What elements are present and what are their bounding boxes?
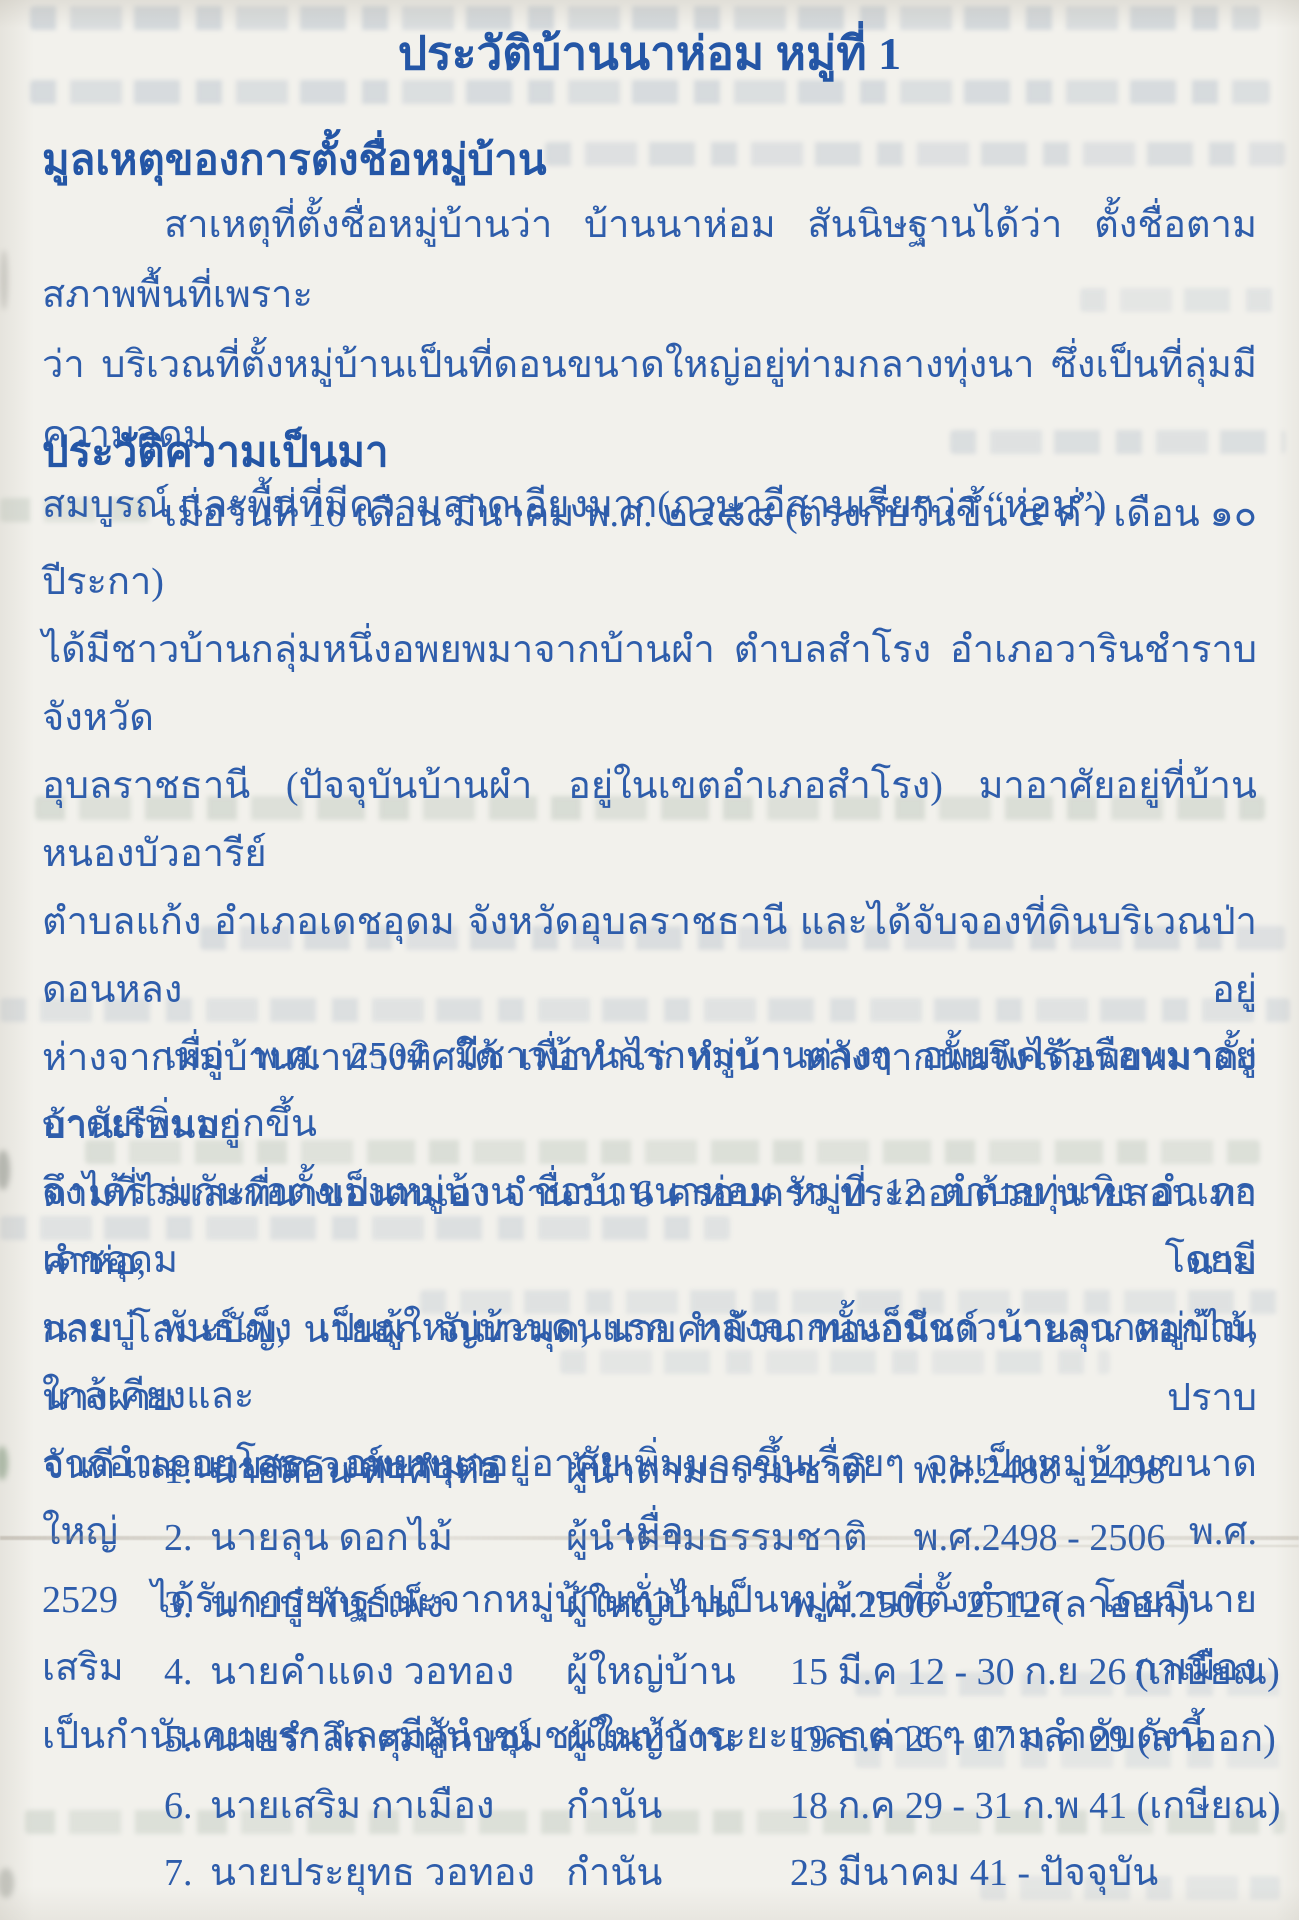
leader-row: 5. นายรำลึก ศุภลักษณ์ ผู้ใหญ่บ้าน 19 ธ.ค… — [42, 1706, 1257, 1773]
edge-smudge — [0, 250, 8, 310]
edge-smudge — [0, 1868, 14, 1898]
leader-role: ผู้ใหญ่บ้าน — [566, 1706, 744, 1773]
leaders-list: 1. นายสอน ทาคำห่อ ผู้นำตามธรรมชาติ พ.ศ.2… — [42, 1438, 1257, 1907]
leader-period: พ.ศ.2506 - 2512 (ลาออก) — [790, 1572, 1190, 1639]
leader-row: 4. นายคำแดง วอทอง ผู้ใหญ่บ้าน 15 มี.ค 12… — [42, 1639, 1257, 1706]
leader-number: 3. — [164, 1572, 210, 1639]
leader-period: 15 มี.ค 12 - 30 ก.ย 26 (เกษียณ) — [790, 1639, 1280, 1706]
leader-role: ผู้นำตามธรรมชาติ — [566, 1505, 868, 1572]
bleed-through-smudge — [545, 142, 1285, 166]
leader-period: พ.ศ.2488 - 2498 — [914, 1438, 1166, 1505]
leader-role: กำนัน — [566, 1773, 744, 1840]
leader-name: นายเสริม กาเมือง — [210, 1773, 566, 1840]
leader-row: 2. นายลุน ดอกไม้ ผู้นำตามธรรมชาติ พ.ศ.24… — [42, 1505, 1257, 1572]
leader-name: นายรำลึก ศุภลักษณ์ — [210, 1706, 566, 1773]
page-title: ประวัติบ้านนาห่อม หมู่ที่ 1 — [0, 24, 1299, 84]
paragraph-line: ตำบลแก้ง อำเภอเดชอุดม จังหวัดอุบลราชธานี… — [42, 888, 1257, 1024]
leader-name: นายลุน ดอกไม้ — [210, 1505, 566, 1572]
leader-role: ผู้นำตามธรรมชาติ — [566, 1438, 868, 1505]
leader-row: 6. นายเสริม กาเมือง กำนัน 18 ก.ค 29 - 31… — [42, 1773, 1257, 1840]
scanned-document-page: ประวัติบ้านนาห่อม หมู่ที่ 1 มูลเหตุของกา… — [0, 0, 1299, 1920]
leader-row: 7. นายประยุทธ วอทอง กำนัน 23 มีนาคม 41 -… — [42, 1840, 1257, 1907]
edge-smudge — [0, 1446, 8, 1480]
paragraph-line: เมื่อ พ.ศ. 2504 มีชาวบ้านจากหมู่บ้านต่าง… — [42, 1022, 1257, 1158]
section-heading-history: ประวัติความเป็นมา — [42, 424, 389, 482]
paragraph-line: เมื่อวันที่ 10 เดือน มีนาคม พ.ศ. ๒๔๘๘ (ต… — [42, 480, 1257, 616]
leader-number: 2. — [164, 1505, 210, 1572]
leader-row: 3. นายบู๋ พันธ์เพ็ง ผู้ใหญ่บ้าน พ.ศ.2506… — [42, 1572, 1257, 1639]
leader-period: 18 ก.ค 29 - 31 ก.พ 41 (เกษียณ) — [790, 1773, 1281, 1840]
leader-name: นายบู๋ พันธ์เพ็ง — [210, 1572, 566, 1639]
paragraph-line: จึงได้ร่วมกันก่อตั้งเป็นหมู่บ้าน ชื่อบ้า… — [42, 1158, 1257, 1294]
edge-smudge — [0, 1150, 10, 1190]
paragraph-line: อุบลราชธานี (ปัจจุบันบ้านผำ อยู่ในเขตอำเ… — [42, 752, 1257, 888]
section-heading-naming: มูลเหตุของการตั้งชื่อหมู่บ้าน — [42, 132, 547, 190]
paragraph-line: นายบู๋ พันธ์เพ็ง เป็นผู้ใหญ่บ้านคนแรก หล… — [42, 1294, 1257, 1430]
leader-number: 1. — [164, 1438, 210, 1505]
leader-name: นายคำแดง วอทอง — [210, 1639, 566, 1706]
leader-period: พ.ศ.2498 - 2506 — [914, 1505, 1166, 1572]
leader-role: ผู้ใหญ่บ้าน — [566, 1639, 744, 1706]
leader-role: กำนัน — [566, 1840, 744, 1907]
leader-role: ผู้ใหญ่บ้าน — [566, 1572, 744, 1639]
leader-number: 7. — [164, 1840, 210, 1907]
leader-number: 5. — [164, 1706, 210, 1773]
leader-name: นายสอน ทาคำห่อ — [210, 1438, 566, 1505]
leader-name: นายประยุทธ วอทอง — [210, 1840, 566, 1907]
leader-number: 6. — [164, 1773, 210, 1840]
leader-row: 1. นายสอน ทาคำห่อ ผู้นำตามธรรมชาติ พ.ศ.2… — [42, 1438, 1257, 1505]
paragraph-line: สาเหตุที่ตั้งชื่อหมู่บ้านว่า บ้านนาห่อม … — [42, 190, 1257, 330]
leader-number: 4. — [164, 1639, 210, 1706]
leader-period: 19 ธ.ค 26 - 17 ก.ค 29 (ลาออก) — [790, 1706, 1276, 1773]
leader-period: 23 มีนาคม 41 - ปัจจุบัน — [790, 1840, 1158, 1907]
paragraph-line: ได้มีชาวบ้านกลุ่มหนึ่งอพยพมาจากบ้านผำ ตำ… — [42, 616, 1257, 752]
